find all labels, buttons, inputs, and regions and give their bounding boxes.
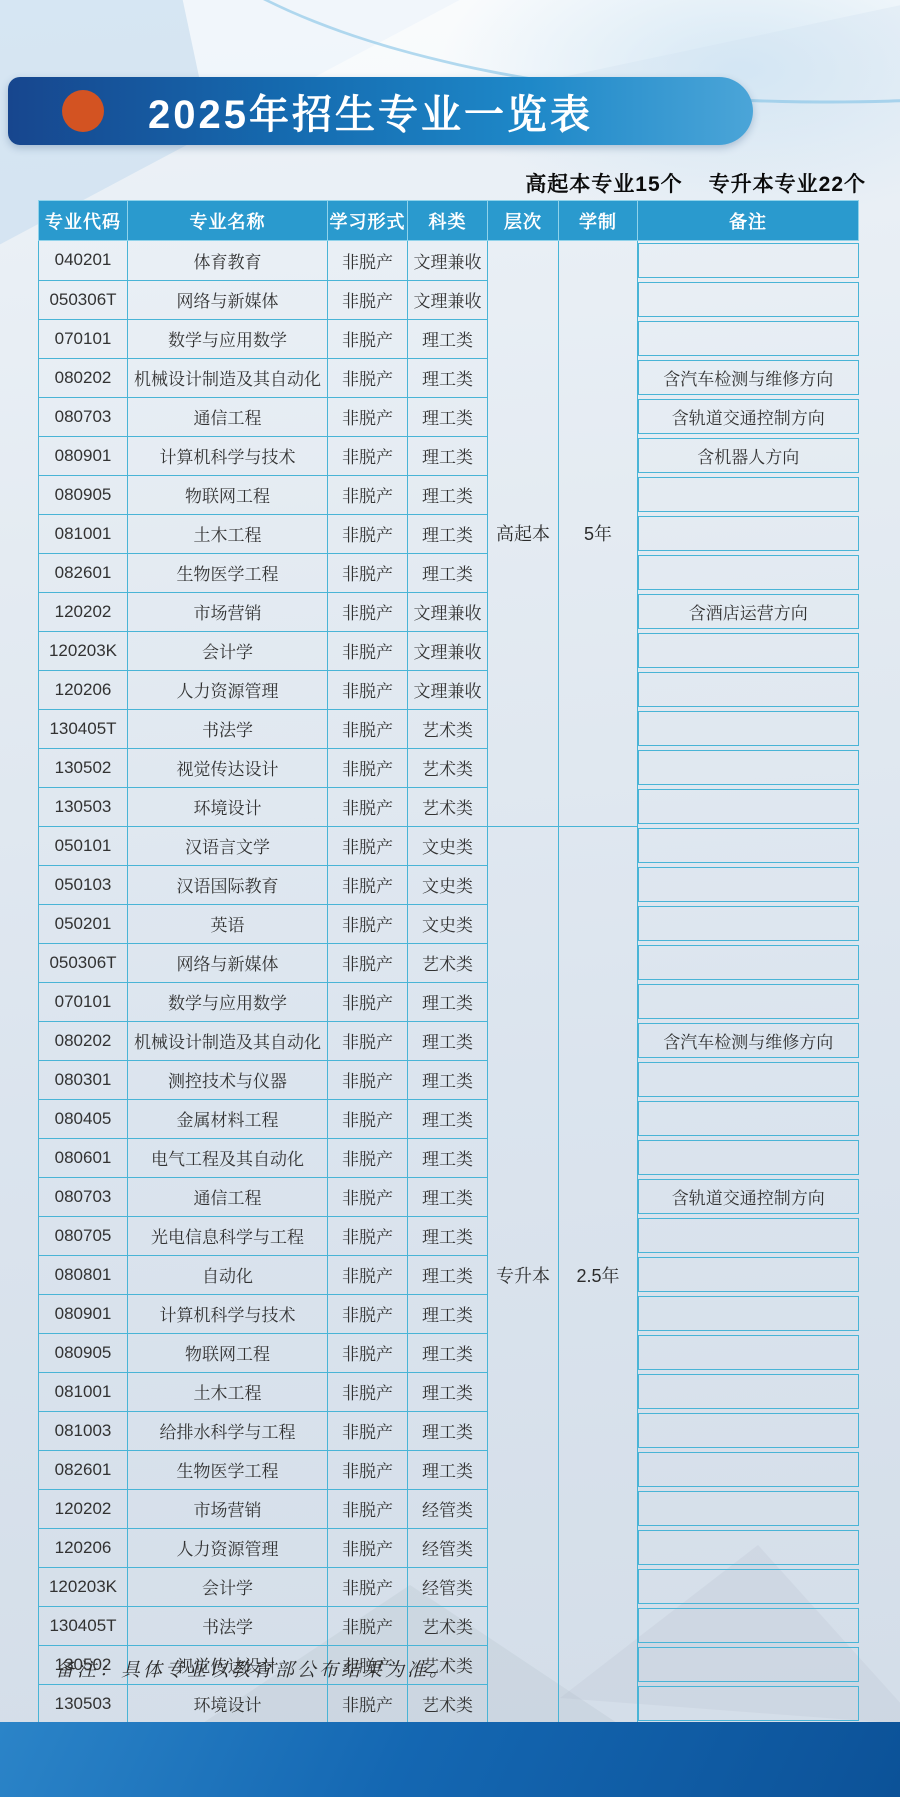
remark-box — [638, 1413, 859, 1448]
study-form-cell: 非脱产 — [328, 241, 408, 281]
major-name-cell: 给排水科学与工程 — [128, 1411, 328, 1450]
study-form-cell: 非脱产 — [328, 1372, 408, 1411]
subject-category-cell: 文理兼收 — [408, 280, 488, 319]
remark-box — [638, 1647, 859, 1682]
major-code-cell: 080901 — [39, 1294, 128, 1333]
study-form-cell: 非脱产 — [328, 1333, 408, 1372]
header-subject-class: 科类 — [408, 201, 488, 241]
study-form-cell: 非脱产 — [328, 436, 408, 475]
study-form-cell: 非脱产 — [328, 319, 408, 358]
header-major-code: 专业代码 — [39, 201, 128, 241]
remark-box — [638, 1296, 859, 1331]
subject-category-cell: 理工类 — [408, 436, 488, 475]
study-form-cell: 非脱产 — [328, 826, 408, 865]
page-title: 2025年招生专业一览表 — [148, 83, 593, 140]
study-form-cell: 非脱产 — [328, 670, 408, 709]
subject-category-cell: 理工类 — [408, 1255, 488, 1294]
major-name-cell: 网络与新媒体 — [128, 943, 328, 982]
subject-category-cell: 理工类 — [408, 1294, 488, 1333]
major-code-cell: 080202 — [39, 358, 128, 397]
major-name-cell: 视觉传达设计 — [128, 748, 328, 787]
study-form-cell: 非脱产 — [328, 1294, 408, 1333]
subject-category-cell: 艺术类 — [408, 709, 488, 748]
table-row: 130405T书法学非脱产艺术类 — [39, 709, 859, 748]
remark-cell — [638, 1450, 859, 1489]
study-form-cell: 非脱产 — [328, 631, 408, 670]
header-major-name: 专业名称 — [128, 201, 328, 241]
remark-box — [638, 1335, 859, 1370]
study-form-cell: 非脱产 — [328, 1528, 408, 1567]
title-banner: 2025年招生专业一览表 — [8, 77, 753, 145]
study-form-cell: 非脱产 — [328, 1216, 408, 1255]
remark-cell — [638, 1684, 859, 1723]
remark-box — [638, 1491, 859, 1526]
major-name-cell: 体育教育 — [128, 241, 328, 281]
remark-cell — [638, 709, 859, 748]
major-name-cell: 金属材料工程 — [128, 1099, 328, 1138]
major-name-cell: 书法学 — [128, 1606, 328, 1645]
table-row: 080202机械设计制造及其自动化非脱产理工类含汽车检测与维修方向 — [39, 358, 859, 397]
remark-box — [638, 750, 859, 785]
subject-category-cell: 文理兼收 — [408, 670, 488, 709]
major-name-cell: 生物医学工程 — [128, 553, 328, 592]
study-form-cell: 非脱产 — [328, 1021, 408, 1060]
header-duration: 学制 — [559, 201, 638, 241]
remark-box: 含轨道交通控制方向 — [638, 1179, 859, 1214]
major-code-cell: 082601 — [39, 553, 128, 592]
major-code-cell: 081001 — [39, 1372, 128, 1411]
study-form-cell: 非脱产 — [328, 1138, 408, 1177]
major-code-cell: 050306T — [39, 943, 128, 982]
major-name-cell: 机械设计制造及其自动化 — [128, 1021, 328, 1060]
study-form-cell: 非脱产 — [328, 280, 408, 319]
major-code-cell: 050101 — [39, 826, 128, 865]
remark-box — [638, 243, 859, 278]
major-name-cell: 环境设计 — [128, 787, 328, 826]
subject-category-cell: 艺术类 — [408, 1684, 488, 1723]
remark-cell — [638, 670, 859, 709]
remark-cell — [638, 475, 859, 514]
major-name-cell: 环境设计 — [128, 1684, 328, 1723]
table-row: 080705光电信息科学与工程非脱产理工类 — [39, 1216, 859, 1255]
subject-category-cell: 理工类 — [408, 1411, 488, 1450]
table-row: 040201体育教育非脱产文理兼收高起本5年 — [39, 241, 859, 281]
subject-category-cell: 理工类 — [408, 358, 488, 397]
header-remarks: 备注 — [638, 201, 859, 241]
major-code-cell: 070101 — [39, 319, 128, 358]
major-name-cell: 市场营销 — [128, 592, 328, 631]
level-cell: 专升本 — [488, 826, 559, 1723]
majors-table-head: 专业代码 专业名称 学习形式 科类 层次 学制 备注 — [39, 201, 859, 241]
major-code-cell: 080905 — [39, 1333, 128, 1372]
major-code-cell: 080405 — [39, 1099, 128, 1138]
table-row: 080901计算机科学与技术非脱产理工类含机器人方向 — [39, 436, 859, 475]
major-code-cell: 130405T — [39, 1606, 128, 1645]
major-code-cell: 080901 — [39, 436, 128, 475]
stats-zhuanshengben-count: 专升本专业22个 — [709, 168, 866, 198]
major-code-cell: 130405T — [39, 709, 128, 748]
remark-cell — [638, 631, 859, 670]
remark-box — [638, 711, 859, 746]
remark-box — [638, 477, 859, 512]
subject-category-cell: 文理兼收 — [408, 241, 488, 281]
major-name-cell: 计算机科学与技术 — [128, 436, 328, 475]
subject-category-cell: 理工类 — [408, 1138, 488, 1177]
remark-box: 含酒店运营方向 — [638, 594, 859, 629]
remark-box — [638, 867, 859, 902]
remark-box: 含汽车检测与维修方向 — [638, 1023, 859, 1058]
remark-cell — [638, 787, 859, 826]
remark-cell — [638, 943, 859, 982]
major-code-cell: 081003 — [39, 1411, 128, 1450]
major-code-cell: 070101 — [39, 982, 128, 1021]
major-code-cell: 040201 — [39, 241, 128, 281]
study-form-cell: 非脱产 — [328, 397, 408, 436]
major-name-cell: 自动化 — [128, 1255, 328, 1294]
header-row: 专业代码 专业名称 学习形式 科类 层次 学制 备注 — [39, 201, 859, 241]
remark-box — [638, 789, 859, 824]
subject-category-cell: 艺术类 — [408, 943, 488, 982]
remark-cell: 含汽车检测与维修方向 — [638, 1021, 859, 1060]
table-row: 080905物联网工程非脱产理工类 — [39, 1333, 859, 1372]
table-row: 120202市场营销非脱产经管类 — [39, 1489, 859, 1528]
subject-category-cell: 理工类 — [408, 553, 488, 592]
subject-category-cell: 文史类 — [408, 865, 488, 904]
remark-cell — [638, 865, 859, 904]
table-row: 130502视觉传达设计非脱产艺术类 — [39, 748, 859, 787]
major-name-cell: 生物医学工程 — [128, 1450, 328, 1489]
remark-cell: 含酒店运营方向 — [638, 592, 859, 631]
subject-category-cell: 理工类 — [408, 1099, 488, 1138]
table-row: 081003给排水科学与工程非脱产理工类 — [39, 1411, 859, 1450]
remark-cell — [638, 1645, 859, 1684]
remark-box — [638, 672, 859, 707]
subject-category-cell: 文理兼收 — [408, 631, 488, 670]
stats-line: 高起本专业15个 专升本专业22个 — [525, 168, 866, 198]
subject-category-cell: 理工类 — [408, 1333, 488, 1372]
remark-box — [638, 1140, 859, 1175]
table-row: 070101数学与应用数学非脱产理工类 — [39, 319, 859, 358]
remark-cell — [638, 904, 859, 943]
subject-category-cell: 理工类 — [408, 1177, 488, 1216]
footer-band — [0, 1722, 900, 1797]
major-code-cell: 120206 — [39, 1528, 128, 1567]
remark-box — [638, 1686, 859, 1721]
major-name-cell: 会计学 — [128, 631, 328, 670]
subject-category-cell: 艺术类 — [408, 748, 488, 787]
major-name-cell: 人力资源管理 — [128, 670, 328, 709]
subject-category-cell: 理工类 — [408, 475, 488, 514]
major-code-cell: 120202 — [39, 592, 128, 631]
remark-box: 含机器人方向 — [638, 438, 859, 473]
major-name-cell: 土木工程 — [128, 514, 328, 553]
table-row: 120203K会计学非脱产经管类 — [39, 1567, 859, 1606]
remark-cell — [638, 1138, 859, 1177]
study-form-cell: 非脱产 — [328, 475, 408, 514]
remark-cell — [638, 1294, 859, 1333]
majors-table: 专业代码 专业名称 学习形式 科类 层次 学制 备注 040201体育教育非脱产… — [38, 200, 859, 1724]
study-form-cell: 非脱产 — [328, 1489, 408, 1528]
study-form-cell: 非脱产 — [328, 982, 408, 1021]
table-row: 120202市场营销非脱产文理兼收含酒店运营方向 — [39, 592, 859, 631]
table-row: 080901计算机科学与技术非脱产理工类 — [39, 1294, 859, 1333]
remark-box — [638, 555, 859, 590]
study-form-cell: 非脱产 — [328, 1411, 408, 1450]
orange-dot-icon — [62, 90, 104, 132]
major-name-cell: 汉语国际教育 — [128, 865, 328, 904]
study-form-cell: 非脱产 — [328, 1567, 408, 1606]
major-code-cell: 080301 — [39, 1060, 128, 1099]
major-name-cell: 土木工程 — [128, 1372, 328, 1411]
remark-cell — [638, 1606, 859, 1645]
major-code-cell: 080905 — [39, 475, 128, 514]
table-row: 050103汉语国际教育非脱产文史类 — [39, 865, 859, 904]
major-name-cell: 测控技术与仪器 — [128, 1060, 328, 1099]
remark-cell — [638, 1333, 859, 1372]
major-code-cell: 080202 — [39, 1021, 128, 1060]
study-form-cell: 非脱产 — [328, 1099, 408, 1138]
remark-box — [638, 1257, 859, 1292]
major-name-cell: 人力资源管理 — [128, 1528, 328, 1567]
remark-cell: 含汽车检测与维修方向 — [638, 358, 859, 397]
subject-category-cell: 理工类 — [408, 1021, 488, 1060]
major-name-cell: 物联网工程 — [128, 475, 328, 514]
subject-category-cell: 文理兼收 — [408, 592, 488, 631]
major-code-cell: 130503 — [39, 787, 128, 826]
remark-box — [638, 945, 859, 980]
remark-box — [638, 321, 859, 356]
table-row: 120206人力资源管理非脱产文理兼收 — [39, 670, 859, 709]
major-name-cell: 通信工程 — [128, 1177, 328, 1216]
subject-category-cell: 经管类 — [408, 1489, 488, 1528]
table-row: 130503环境设计非脱产艺术类 — [39, 1684, 859, 1723]
major-code-cell: 081001 — [39, 514, 128, 553]
remark-cell — [638, 748, 859, 787]
remark-cell — [638, 280, 859, 319]
major-name-cell: 机械设计制造及其自动化 — [128, 358, 328, 397]
table-row: 120203K会计学非脱产文理兼收 — [39, 631, 859, 670]
footer-note: 备注：具体专业以教育部公布结果为准。 — [55, 1655, 451, 1682]
table-row: 080703通信工程非脱产理工类含轨道交通控制方向 — [39, 1177, 859, 1216]
remark-box — [638, 1608, 859, 1643]
major-name-cell: 计算机科学与技术 — [128, 1294, 328, 1333]
major-code-cell: 120206 — [39, 670, 128, 709]
level-cell: 高起本 — [488, 241, 559, 827]
table-row: 082601生物医学工程非脱产理工类 — [39, 1450, 859, 1489]
remark-cell: 含轨道交通控制方向 — [638, 397, 859, 436]
major-name-cell: 汉语言文学 — [128, 826, 328, 865]
major-name-cell: 会计学 — [128, 1567, 328, 1606]
remark-cell — [638, 514, 859, 553]
major-code-cell: 050306T — [39, 280, 128, 319]
study-form-cell: 非脱产 — [328, 943, 408, 982]
major-code-cell: 080601 — [39, 1138, 128, 1177]
table-row: 080202机械设计制造及其自动化非脱产理工类含汽车检测与维修方向 — [39, 1021, 859, 1060]
remark-box — [638, 1218, 859, 1253]
duration-cell: 5年 — [559, 241, 638, 827]
major-code-cell: 130502 — [39, 748, 128, 787]
subject-category-cell: 理工类 — [408, 514, 488, 553]
table-row: 080703通信工程非脱产理工类含轨道交通控制方向 — [39, 397, 859, 436]
subject-category-cell: 艺术类 — [408, 1606, 488, 1645]
major-code-cell: 050201 — [39, 904, 128, 943]
remark-cell — [638, 1567, 859, 1606]
remark-box — [638, 984, 859, 1019]
remark-cell — [638, 1411, 859, 1450]
subject-category-cell: 文史类 — [408, 826, 488, 865]
study-form-cell: 非脱产 — [328, 553, 408, 592]
major-name-cell: 电气工程及其自动化 — [128, 1138, 328, 1177]
remark-cell — [638, 553, 859, 592]
study-form-cell: 非脱产 — [328, 1177, 408, 1216]
study-form-cell: 非脱产 — [328, 1060, 408, 1099]
subject-category-cell: 理工类 — [408, 982, 488, 1021]
remark-box — [638, 1062, 859, 1097]
table-row: 080405金属材料工程非脱产理工类 — [39, 1099, 859, 1138]
remark-cell — [638, 826, 859, 865]
remark-cell — [638, 319, 859, 358]
major-name-cell: 英语 — [128, 904, 328, 943]
table-row: 080601电气工程及其自动化非脱产理工类 — [39, 1138, 859, 1177]
major-name-cell: 网络与新媒体 — [128, 280, 328, 319]
remark-cell — [638, 1372, 859, 1411]
subject-category-cell: 理工类 — [408, 1450, 488, 1489]
subject-category-cell: 理工类 — [408, 397, 488, 436]
table-row: 081001土木工程非脱产理工类 — [39, 1372, 859, 1411]
remark-box — [638, 516, 859, 551]
remark-cell: 含机器人方向 — [638, 436, 859, 475]
remark-cell — [638, 982, 859, 1021]
remark-box — [638, 906, 859, 941]
study-form-cell: 非脱产 — [328, 748, 408, 787]
remark-box — [638, 1374, 859, 1409]
header-study-form: 学习形式 — [328, 201, 408, 241]
subject-category-cell: 理工类 — [408, 1216, 488, 1255]
remark-box: 含汽车检测与维修方向 — [638, 360, 859, 395]
subject-category-cell: 理工类 — [408, 1060, 488, 1099]
major-name-cell: 数学与应用数学 — [128, 982, 328, 1021]
table-row: 130503环境设计非脱产艺术类 — [39, 787, 859, 826]
major-name-cell: 物联网工程 — [128, 1333, 328, 1372]
duration-cell: 2.5年 — [559, 826, 638, 1723]
major-code-cell: 120202 — [39, 1489, 128, 1528]
remark-box — [638, 1101, 859, 1136]
study-form-cell: 非脱产 — [328, 592, 408, 631]
major-name-cell: 通信工程 — [128, 397, 328, 436]
table-row: 050306T网络与新媒体非脱产艺术类 — [39, 943, 859, 982]
majors-table-wrap: 专业代码 专业名称 学习形式 科类 层次 学制 备注 040201体育教育非脱产… — [38, 200, 858, 1724]
remark-box: 含轨道交通控制方向 — [638, 399, 859, 434]
study-form-cell: 非脱产 — [328, 358, 408, 397]
table-row: 080301测控技术与仪器非脱产理工类 — [39, 1060, 859, 1099]
study-form-cell: 非脱产 — [328, 904, 408, 943]
study-form-cell: 非脱产 — [328, 709, 408, 748]
remark-cell — [638, 1216, 859, 1255]
study-form-cell: 非脱产 — [328, 1255, 408, 1294]
major-name-cell: 数学与应用数学 — [128, 319, 328, 358]
study-form-cell: 非脱产 — [328, 1684, 408, 1723]
study-form-cell: 非脱产 — [328, 514, 408, 553]
table-row: 080801自动化非脱产理工类 — [39, 1255, 859, 1294]
remark-box — [638, 828, 859, 863]
major-name-cell: 光电信息科学与工程 — [128, 1216, 328, 1255]
table-row: 070101数学与应用数学非脱产理工类 — [39, 982, 859, 1021]
subject-category-cell: 理工类 — [408, 319, 488, 358]
table-row: 050201英语非脱产文史类 — [39, 904, 859, 943]
major-code-cell: 130503 — [39, 1684, 128, 1723]
remark-box — [638, 282, 859, 317]
major-code-cell: 080703 — [39, 397, 128, 436]
table-row: 050101汉语言文学非脱产文史类专升本2.5年 — [39, 826, 859, 865]
table-row: 120206人力资源管理非脱产经管类 — [39, 1528, 859, 1567]
remark-box — [638, 633, 859, 668]
table-row: 082601生物医学工程非脱产理工类 — [39, 553, 859, 592]
major-code-cell: 080703 — [39, 1177, 128, 1216]
study-form-cell: 非脱产 — [328, 1606, 408, 1645]
remark-box — [638, 1530, 859, 1565]
remark-cell: 含轨道交通控制方向 — [638, 1177, 859, 1216]
subject-category-cell: 理工类 — [408, 1372, 488, 1411]
major-code-cell: 050103 — [39, 865, 128, 904]
study-form-cell: 非脱产 — [328, 787, 408, 826]
study-form-cell: 非脱产 — [328, 1450, 408, 1489]
remark-cell — [638, 1528, 859, 1567]
remark-cell — [638, 241, 859, 281]
header-level: 层次 — [488, 201, 559, 241]
table-row: 080905物联网工程非脱产理工类 — [39, 475, 859, 514]
remark-cell — [638, 1489, 859, 1528]
table-row: 130405T书法学非脱产艺术类 — [39, 1606, 859, 1645]
majors-table-body: 040201体育教育非脱产文理兼收高起本5年050306T网络与新媒体非脱产文理… — [39, 241, 859, 1724]
stats-gaoqiben-count: 高起本专业15个 — [525, 168, 682, 198]
subject-category-cell: 经管类 — [408, 1528, 488, 1567]
remark-box — [638, 1452, 859, 1487]
subject-category-cell: 经管类 — [408, 1567, 488, 1606]
major-name-cell: 书法学 — [128, 709, 328, 748]
remark-cell — [638, 1255, 859, 1294]
major-code-cell: 120203K — [39, 631, 128, 670]
study-form-cell: 非脱产 — [328, 865, 408, 904]
major-code-cell: 080801 — [39, 1255, 128, 1294]
table-row: 050306T网络与新媒体非脱产文理兼收 — [39, 280, 859, 319]
subject-category-cell: 艺术类 — [408, 787, 488, 826]
remark-box — [638, 1569, 859, 1604]
major-name-cell: 市场营销 — [128, 1489, 328, 1528]
major-code-cell: 120203K — [39, 1567, 128, 1606]
major-code-cell: 082601 — [39, 1450, 128, 1489]
table-row: 081001土木工程非脱产理工类 — [39, 514, 859, 553]
poster-page: 2025年招生专业一览表 高起本专业15个 专升本专业22个 专业代码 专业名称… — [0, 0, 900, 1797]
major-code-cell: 080705 — [39, 1216, 128, 1255]
remark-cell — [638, 1099, 859, 1138]
subject-category-cell: 文史类 — [408, 904, 488, 943]
remark-cell — [638, 1060, 859, 1099]
